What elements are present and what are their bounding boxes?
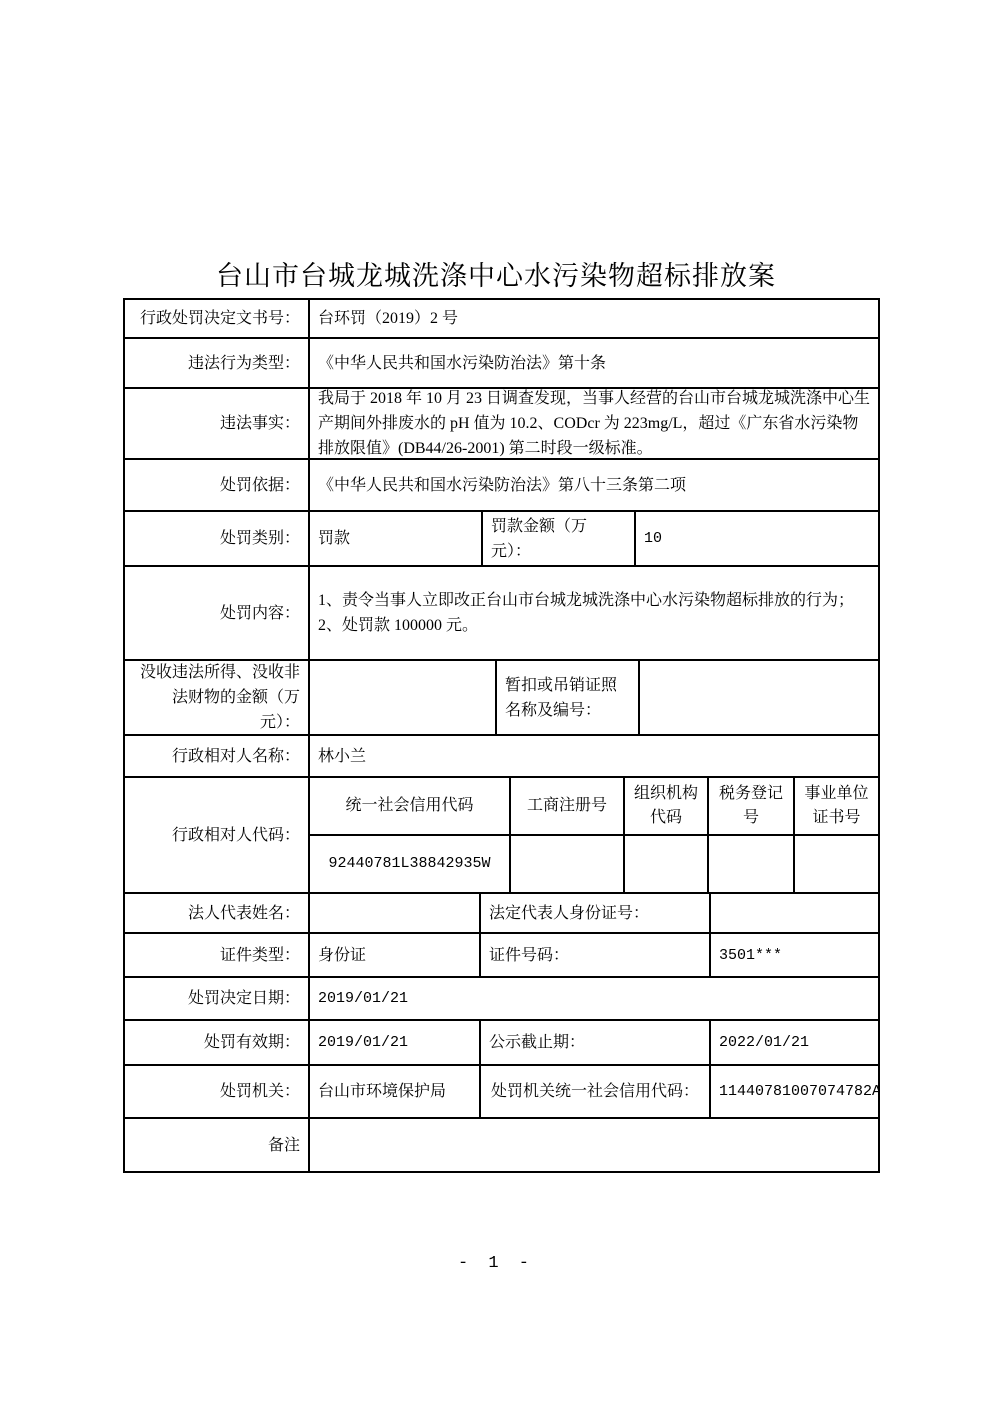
confiscation-value [310, 661, 497, 734]
decision-date-value: 2019/01/21 [310, 978, 878, 1019]
cert-type-label: 证件类型： [125, 934, 310, 976]
authority-credit-code-value: 11440781007074782A [711, 1066, 878, 1117]
tax-reg-header: 税务登记号 [709, 778, 795, 834]
institution-cert-header: 事业单位证书号 [795, 778, 878, 834]
legal-rep-value [310, 894, 481, 932]
document-page: 台山市台城龙城洗涤中心水污染物超标排放案 行政处罚决定文书号： 台环罚（2019… [0, 0, 992, 1403]
facts-label: 违法事实： [125, 389, 310, 458]
license-suspend-label: 暂扣或吊销证照名称及编号： [497, 661, 640, 734]
publicity-deadline-label: 公示截止期： [481, 1021, 711, 1064]
publicity-deadline-value: 2022/01/21 [711, 1021, 878, 1064]
category-value: 罚款 [310, 512, 483, 565]
table-row-content: 处罚内容： 1、责令当事人立即改正台山市台城龙城洗涤中心水污染物超标排放的行为；… [125, 567, 878, 661]
party-codes-value-row: 92440781L38842935W [310, 836, 878, 892]
org-code-header: 组织机构代码 [625, 778, 709, 834]
party-codes-label: 行政相对人代码： [125, 778, 310, 892]
table-row-authority: 处罚机关： 台山市环境保护局 处罚机关统一社会信用代码： 11440781007… [125, 1066, 878, 1119]
credit-code-value: 92440781L38842935W [310, 836, 511, 892]
table-row-legal-rep: 法人代表姓名： 法定代表人身份证号： [125, 894, 878, 934]
table-row-party-codes: 行政相对人代码： 统一社会信用代码 工商注册号 组织机构代码 税务登记号 事业单… [125, 778, 878, 894]
party-name-label: 行政相对人名称： [125, 736, 310, 776]
confiscation-label: 没收违法所得、没收非法财物的金额（万元）： [125, 661, 310, 734]
violation-type-label: 违法行为类型： [125, 339, 310, 387]
authority-value: 台山市环境保护局 [310, 1066, 481, 1117]
content-value: 1、责令当事人立即改正台山市台城龙城洗涤中心水污染物超标排放的行为；2、处罚款 … [310, 567, 878, 659]
credit-code-header: 统一社会信用代码 [310, 778, 511, 834]
institution-cert-value [795, 836, 878, 892]
penalty-table: 行政处罚决定文书号： 台环罚（2019）2 号 违法行为类型： 《中华人民共和国… [123, 298, 880, 1173]
table-row-party-name: 行政相对人名称： 林小兰 [125, 736, 878, 778]
cert-number-label: 证件号码： [481, 934, 711, 976]
facts-value: 我局于 2018 年 10 月 23 日调查发现，当事人经营的台山市台城龙城洗涤… [310, 389, 878, 458]
content-label: 处罚内容： [125, 567, 310, 659]
fine-amount-label: 罚款金额（万元）： [483, 512, 636, 565]
legal-rep-label: 法人代表姓名： [125, 894, 310, 932]
cert-type-value: 身份证 [310, 934, 481, 976]
validity-value: 2019/01/21 [310, 1021, 481, 1064]
table-row-cert: 证件类型： 身份证 证件号码： 3501*** [125, 934, 878, 978]
table-row-confiscation: 没收违法所得、没收非法财物的金额（万元）： 暂扣或吊销证照名称及编号： [125, 661, 878, 736]
cert-number-value: 3501*** [711, 934, 878, 976]
remarks-value [310, 1119, 878, 1171]
party-codes-header-row: 统一社会信用代码 工商注册号 组织机构代码 税务登记号 事业单位证书号 [310, 778, 878, 836]
business-reg-header: 工商注册号 [511, 778, 625, 834]
basis-value: 《中华人民共和国水污染防治法》第八十三条第二项 [310, 460, 878, 510]
violation-type-value: 《中华人民共和国水污染防治法》第十条 [310, 339, 878, 387]
basis-label: 处罚依据： [125, 460, 310, 510]
fine-amount-value: 10 [636, 512, 878, 565]
table-row-decision-date: 处罚决定日期： 2019/01/21 [125, 978, 878, 1021]
page-number: - 1 - [0, 1254, 992, 1273]
remarks-label: 备注 [125, 1119, 310, 1171]
license-suspend-value [640, 661, 878, 734]
legal-rep-id-label: 法定代表人身份证号： [481, 894, 711, 932]
decision-date-label: 处罚决定日期： [125, 978, 310, 1019]
table-row-basis: 处罚依据： 《中华人民共和国水污染防治法》第八十三条第二项 [125, 460, 878, 512]
decision-no-label: 行政处罚决定文书号： [125, 300, 310, 337]
party-name-value: 林小兰 [310, 736, 878, 776]
party-codes-grid: 统一社会信用代码 工商注册号 组织机构代码 税务登记号 事业单位证书号 9244… [310, 778, 878, 892]
table-row-validity: 处罚有效期： 2019/01/21 公示截止期： 2022/01/21 [125, 1021, 878, 1066]
table-row-decision-no: 行政处罚决定文书号： 台环罚（2019）2 号 [125, 300, 878, 339]
category-label: 处罚类别： [125, 512, 310, 565]
tax-reg-value [709, 836, 795, 892]
table-row-facts: 违法事实： 我局于 2018 年 10 月 23 日调查发现，当事人经营的台山市… [125, 389, 878, 460]
authority-credit-code-label: 处罚机关统一社会信用代码： [481, 1066, 711, 1117]
validity-label: 处罚有效期： [125, 1021, 310, 1064]
decision-no-value: 台环罚（2019）2 号 [310, 300, 878, 337]
authority-label: 处罚机关： [125, 1066, 310, 1117]
page-title: 台山市台城龙城洗涤中心水污染物超标排放案 [0, 254, 992, 293]
table-row-category: 处罚类别： 罚款 罚款金额（万元）： 10 [125, 512, 878, 567]
table-row-violation-type: 违法行为类型： 《中华人民共和国水污染防治法》第十条 [125, 339, 878, 389]
table-row-remarks: 备注 [125, 1119, 878, 1171]
business-reg-value [511, 836, 625, 892]
legal-rep-id-value [711, 894, 878, 932]
org-code-value [625, 836, 709, 892]
